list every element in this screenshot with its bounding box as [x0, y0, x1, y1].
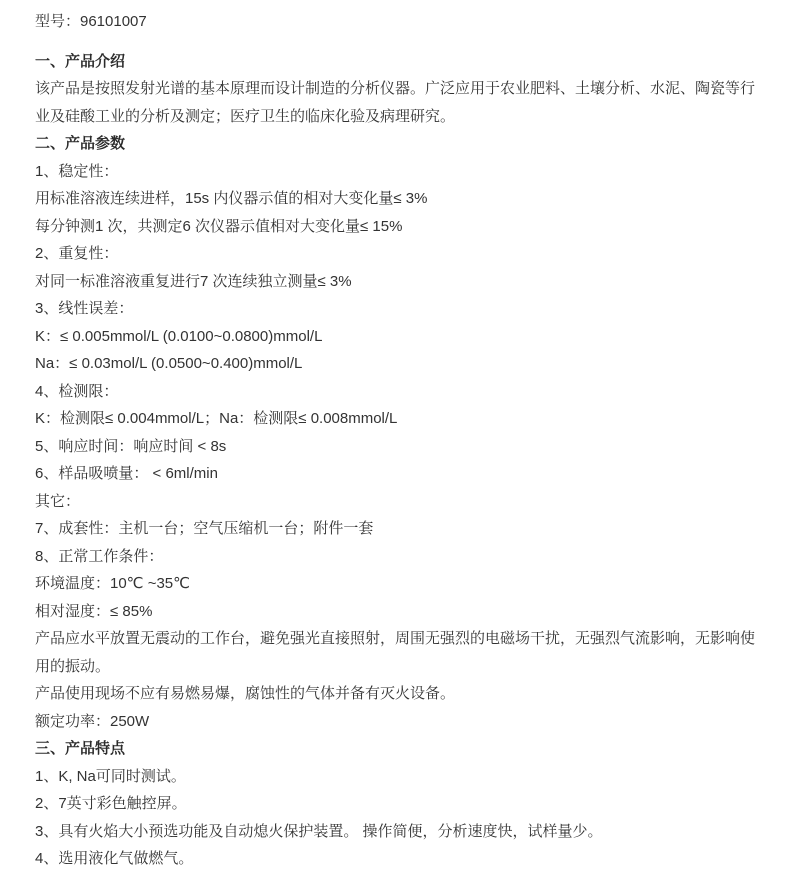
spec-detection-limit-title: 4、检测限：	[35, 378, 766, 406]
section-heading-features: 三、产品特点	[35, 735, 766, 763]
spec-rated-power: 额定功率：250W	[35, 708, 766, 736]
spec-stability-title: 1、稳定性：	[35, 158, 766, 186]
spec-completeness: 7、成套性：主机一台；空气压缩机一台；附件一套	[35, 515, 766, 543]
spec-response-time: 5、响应时间：响应时间 < 8s	[35, 433, 766, 461]
spec-repeatability-detail: 对同一标准溶液重复进行7 次连续独立测量≤ 3%	[35, 268, 766, 296]
section-heading-parameters: 二、产品参数	[35, 130, 766, 158]
spec-ambient-temperature: 环境温度：10℃ ~35℃	[35, 570, 766, 598]
spec-linearity-title: 3、线性误差：	[35, 295, 766, 323]
spec-other-label: 其它：	[35, 488, 766, 516]
spec-site-safety-note: 产品使用现场不应有易燃易爆，腐蚀性的气体并备有灭火设备。	[35, 680, 766, 708]
feature-flame-protection: 3、具有火焰大小预选功能及自动熄火保护装置。 操作简便，分析速度快，试样量少。	[35, 818, 766, 846]
model-number: 型号：96101007	[35, 8, 766, 36]
spec-linearity-k: K：≤ 0.005mmol/L (0.0100~0.0800)mmol/L	[35, 323, 766, 351]
spec-stability-detail-2: 每分钟测1 次，共测定6 次仪器示值相对大变化量≤ 15%	[35, 213, 766, 241]
spec-sample-aspiration: 6、样品吸喷量： < 6ml/min	[35, 460, 766, 488]
section-heading-introduction: 一、产品介绍	[35, 48, 766, 76]
spec-detection-limit-detail: K：检测限≤ 0.004mmol/L；Na：检测限≤ 0.008mmol/L	[35, 405, 766, 433]
feature-touch-screen: 2、7英寸彩色触控屏。	[35, 790, 766, 818]
intro-paragraph: 该产品是按照发射光谱的基本原理而设计制造的分析仪器。广泛应用于农业肥料、土壤分析…	[35, 75, 766, 130]
spec-relative-humidity: 相对湿度：≤ 85%	[35, 598, 766, 626]
spec-stability-detail-1: 用标准溶液连续进样，15s 内仪器示值的相对大变化量≤ 3%	[35, 185, 766, 213]
section-parameters: 二、产品参数 1、稳定性： 用标准溶液连续进样，15s 内仪器示值的相对大变化量…	[35, 130, 766, 735]
product-description-document: 型号：96101007 一、产品介绍 该产品是按照发射光谱的基本原理而设计制造的…	[0, 0, 800, 870]
spec-repeatability-title: 2、重复性：	[35, 240, 766, 268]
section-features: 三、产品特点 1、K, Na可同时测试。 2、7英寸彩色触控屏。 3、具有火焰大…	[35, 735, 766, 870]
feature-fuel-gas: 4、选用液化气做燃气。	[35, 845, 766, 870]
feature-simultaneous-test: 1、K, Na可同时测试。	[35, 763, 766, 791]
spec-linearity-na: Na：≤ 0.03mol/L (0.0500~0.400)mmol/L	[35, 350, 766, 378]
spec-working-conditions-title: 8、正常工作条件：	[35, 543, 766, 571]
spec-placement-note: 产品应水平放置无震动的工作台，避免强光直接照射，周围无强烈的电磁场干扰，无强烈气…	[35, 625, 766, 680]
section-introduction: 一、产品介绍 该产品是按照发射光谱的基本原理而设计制造的分析仪器。广泛应用于农业…	[35, 48, 766, 131]
